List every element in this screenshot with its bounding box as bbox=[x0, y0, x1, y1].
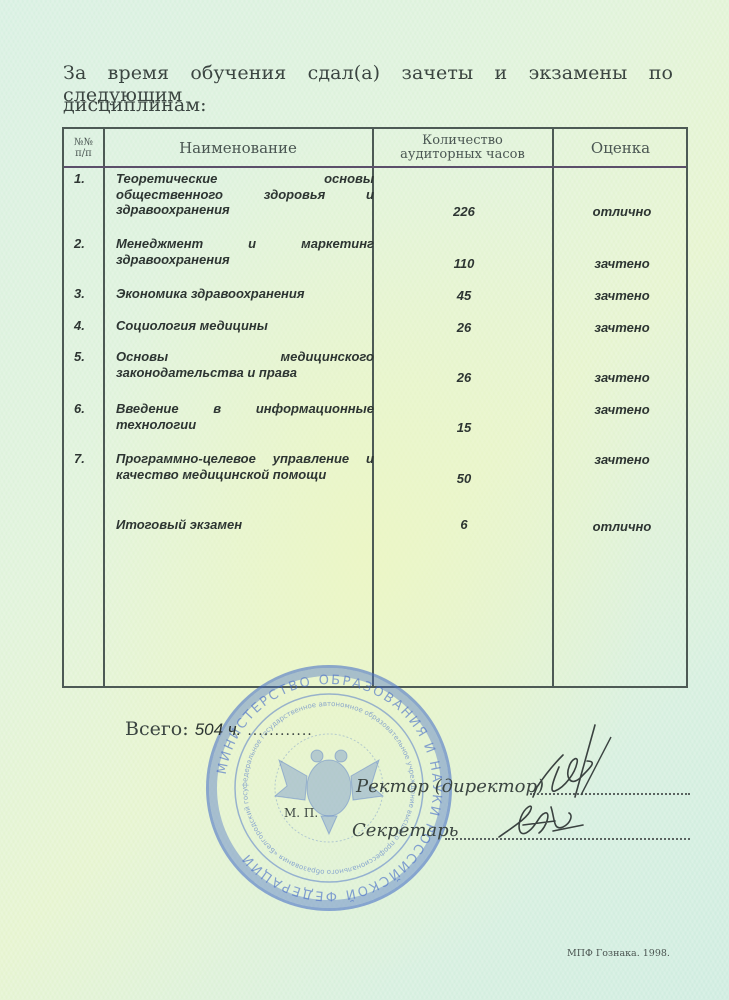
header-number: №№ п/п bbox=[64, 129, 103, 166]
row-number: 4. bbox=[74, 318, 85, 334]
row-grade: зачтено bbox=[554, 370, 690, 386]
row-grade: зачтено bbox=[554, 288, 690, 304]
row-number: 3. bbox=[74, 286, 85, 302]
row-hours: 226 bbox=[374, 204, 554, 220]
header-hours: Количество аудиторных часов bbox=[373, 129, 552, 166]
row-discipline: Менеджмент и маркетинг здравоохранения bbox=[116, 236, 374, 267]
row-discipline: Итоговый экзамен bbox=[116, 517, 374, 533]
row-discipline: Экономика здравоохранения bbox=[116, 286, 374, 302]
row-number: 6. bbox=[74, 401, 85, 417]
row-hours: 110 bbox=[374, 256, 554, 272]
total-hours: Всего: 504 ч. ............ bbox=[125, 718, 313, 740]
total-dots: ............ bbox=[247, 723, 312, 739]
row-discipline: Введение в информационные технологии bbox=[116, 401, 374, 432]
heading-line-2: дисциплинам: bbox=[63, 94, 673, 116]
row-discipline: Программно-целевое управление и качество… bbox=[116, 451, 374, 482]
header-grade: Оценка bbox=[553, 129, 688, 166]
total-label: Всего: bbox=[125, 718, 189, 740]
row-hours: 26 bbox=[374, 370, 554, 386]
row-grade: зачтено bbox=[554, 256, 690, 272]
row-grade: отлично bbox=[554, 519, 690, 535]
row-discipline: Социология медицины bbox=[116, 318, 374, 334]
row-hours: 6 bbox=[374, 517, 554, 533]
printer-imprint: МПФ Гознака. 1998. bbox=[567, 948, 670, 959]
header-hours-line1: Количество bbox=[422, 134, 503, 148]
header-hours-line2: аудиторных часов bbox=[400, 148, 525, 162]
header-divider bbox=[64, 166, 686, 168]
row-number: 7. bbox=[74, 451, 85, 467]
row-discipline: Теоретические основы общественного здоро… bbox=[116, 171, 374, 218]
header-name: Наименование bbox=[104, 129, 372, 166]
total-value: 504 ч. bbox=[195, 720, 242, 739]
row-grade: зачтено bbox=[554, 452, 690, 468]
row-hours: 26 bbox=[374, 320, 554, 336]
rector-signature-icon bbox=[525, 715, 645, 805]
row-number: 2. bbox=[74, 236, 85, 252]
row-hours: 15 bbox=[374, 420, 554, 436]
row-grade: отлично bbox=[554, 204, 690, 220]
row-hours: 45 bbox=[374, 288, 554, 304]
header-number-line1: №№ bbox=[74, 137, 93, 148]
row-grade: зачтено bbox=[554, 402, 690, 418]
header-number-line2: п/п bbox=[75, 148, 92, 159]
column-divider bbox=[103, 129, 105, 686]
row-grade: зачтено bbox=[554, 320, 690, 336]
secretary-label: Секретарь bbox=[352, 820, 458, 841]
row-number: 5. bbox=[74, 349, 85, 365]
secretary-signature-icon bbox=[493, 797, 593, 847]
row-number: 1. bbox=[74, 171, 85, 187]
row-discipline: Основы медицинского законодательства и п… bbox=[116, 349, 374, 380]
row-hours: 50 bbox=[374, 471, 554, 487]
disciplines-table: №№ п/п Наименование Количество аудиторны… bbox=[62, 127, 688, 688]
seal-place-label: М. П. bbox=[284, 806, 318, 820]
rector-label: Ректор (директор) bbox=[356, 776, 544, 797]
